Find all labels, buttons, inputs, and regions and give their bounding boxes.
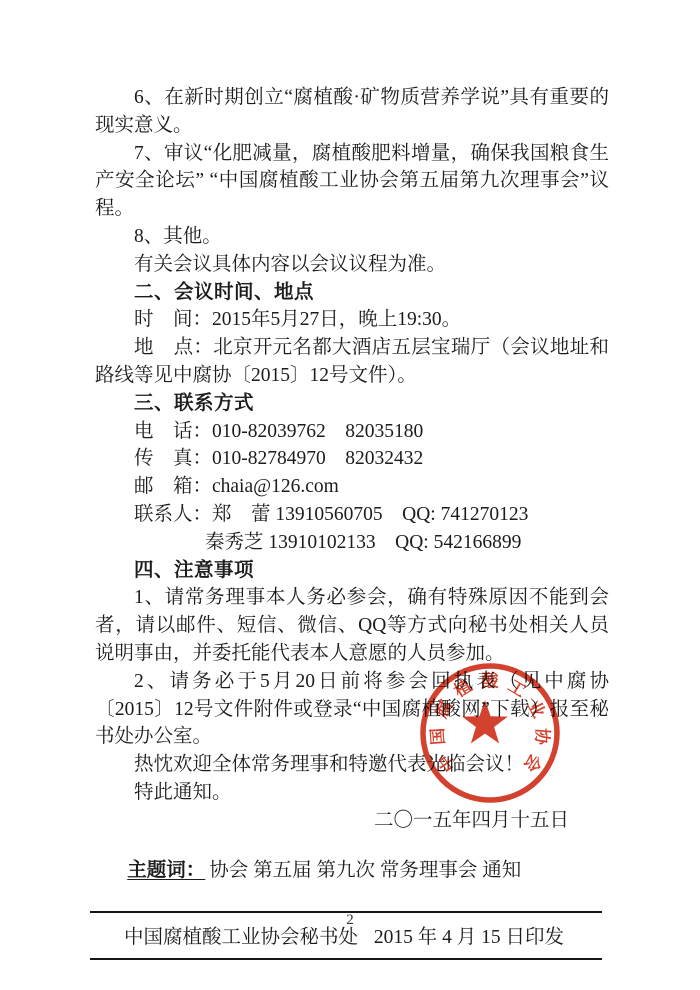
paragraph: 时 间：2015年5月27日，晚上19:30。 — [95, 306, 609, 334]
seal-char: 工 — [505, 676, 529, 701]
subject-terms: 协会 第五届 第九次 常务理事会 通知 — [209, 860, 521, 881]
document-footer: 主题词：协会 第五届 第九次 常务理事会 通知 中国腐植酸工业协会秘书处 201… — [90, 830, 602, 960]
paragraph: 联系人：郑 蕾 13910560705 QQ: 741270123 — [95, 501, 609, 529]
subject-keywords-row: 主题词：协会 第五届 第九次 常务理事会 通知 — [90, 830, 602, 913]
paragraph: 秦秀芝 13910102133 QQ: 542166899 — [95, 529, 609, 557]
paragraph: 7、审议“化肥减量，腐植酸肥料增量，确保我国粮食生产安全论坛” “中国腐植酸工业… — [95, 140, 609, 223]
paragraph: 三、联系方式 — [95, 390, 609, 418]
seal-char: 协 — [532, 727, 553, 746]
seal-char: 国 — [428, 727, 448, 745]
paragraph: 二、会议时间、地点 — [95, 279, 609, 307]
seal-char: 酸 — [482, 671, 500, 691]
seal-star-icon — [462, 700, 508, 743]
paragraph: 邮 箱：chaia@126.com — [95, 473, 609, 501]
paragraph: 8、其他。 — [95, 223, 609, 251]
subject-label: 主题词： — [127, 859, 205, 881]
paragraph: 四、注意事项 — [95, 557, 609, 585]
page-number: 2 — [0, 912, 700, 929]
document-page: 6、在新时期创立“腐植酸·矿物质营养学说”具有重要的现实意义。7、审议“化肥减量… — [0, 0, 700, 990]
paragraph: 电 话：010-82039762 82035180 — [95, 418, 609, 446]
paragraph: 有关会议具体内容以会议议程为准。 — [95, 251, 609, 279]
official-seal: 中国腐植酸工业协会 — [398, 641, 583, 826]
paragraph: 6、在新时期创立“腐植酸·矿物质营养学说”具有重要的现实意义。 — [95, 84, 609, 140]
seal-char: 业 — [524, 697, 549, 721]
paragraph: 传 真：010-82784970 82032432 — [95, 445, 609, 473]
paragraph: 地 点：北京开元名都大酒店五层宝瑞厅（会议地址和路线等见中腐协〔2015〕12号… — [95, 334, 609, 390]
